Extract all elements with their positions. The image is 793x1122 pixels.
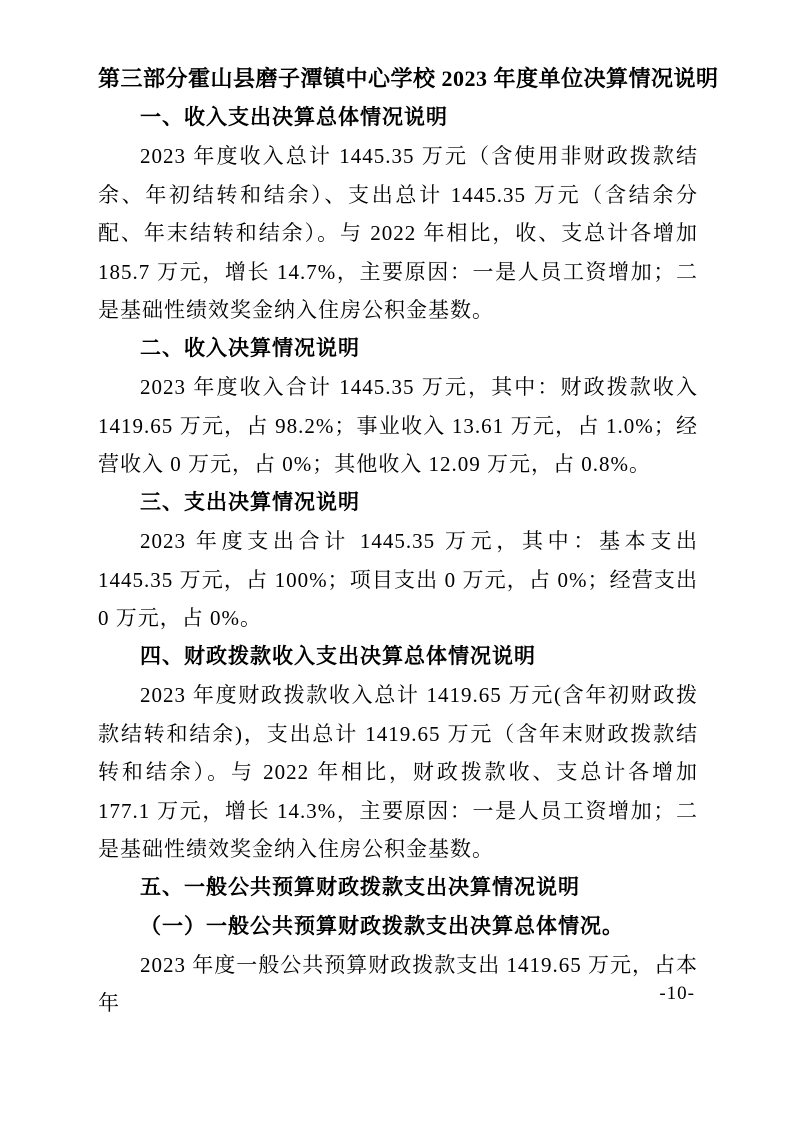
- section-5-subheading: （一）一般公共预算财政拨款支出决算总体情况。: [98, 907, 698, 946]
- section-3-body: 2023 年度支出合计 1445.35 万元，其中：基本支出 1445.35 万…: [98, 522, 698, 638]
- section-5-body: 2023 年度一般公共预算财政拨款支出 1419.65 万元，占本年: [98, 946, 698, 1023]
- section-4-body: 2023 年度财政拨款收入总计 1419.65 万元(含年初财政拨款结转和结余)…: [98, 676, 698, 869]
- section-2-heading: 二、收入决算情况说明: [98, 330, 698, 369]
- section-expenditure-details: 三、支出决算情况说明 2023 年度支出合计 1445.35 万元，其中：基本支…: [98, 484, 698, 638]
- section-1-heading: 一、收入支出决算总体情况说明: [98, 99, 698, 138]
- document-title: 第三部分霍山县磨子潭镇中心学校 2023 年度单位决算情况说明: [98, 60, 698, 99]
- section-4-heading: 四、财政拨款收入支出决算总体情况说明: [98, 638, 698, 677]
- section-2-body: 2023 年度收入合计 1445.35 万元，其中：财政拨款收入 1419.65…: [98, 368, 698, 484]
- section-1-body: 2023 年度收入总计 1445.35 万元（含使用非财政拨款结余、年初结转和结…: [98, 137, 698, 330]
- section-general-public-budget: 五、一般公共预算财政拨款支出决算情况说明 （一）一般公共预算财政拨款支出决算总体…: [98, 869, 698, 1023]
- document-page: 第三部分霍山县磨子潭镇中心学校 2023 年度单位决算情况说明 一、收入支出决算…: [0, 0, 793, 1122]
- section-fiscal-appropriation-overview: 四、财政拨款收入支出决算总体情况说明 2023 年度财政拨款收入总计 1419.…: [98, 638, 698, 869]
- section-3-heading: 三、支出决算情况说明: [98, 484, 698, 523]
- section-income-expenditure-overview: 一、收入支出决算总体情况说明 2023 年度收入总计 1445.35 万元（含使…: [98, 99, 698, 330]
- page-number: -10-: [659, 983, 695, 1005]
- section-5-heading: 五、一般公共预算财政拨款支出决算情况说明: [98, 869, 698, 908]
- section-income-details: 二、收入决算情况说明 2023 年度收入合计 1445.35 万元，其中：财政拨…: [98, 330, 698, 484]
